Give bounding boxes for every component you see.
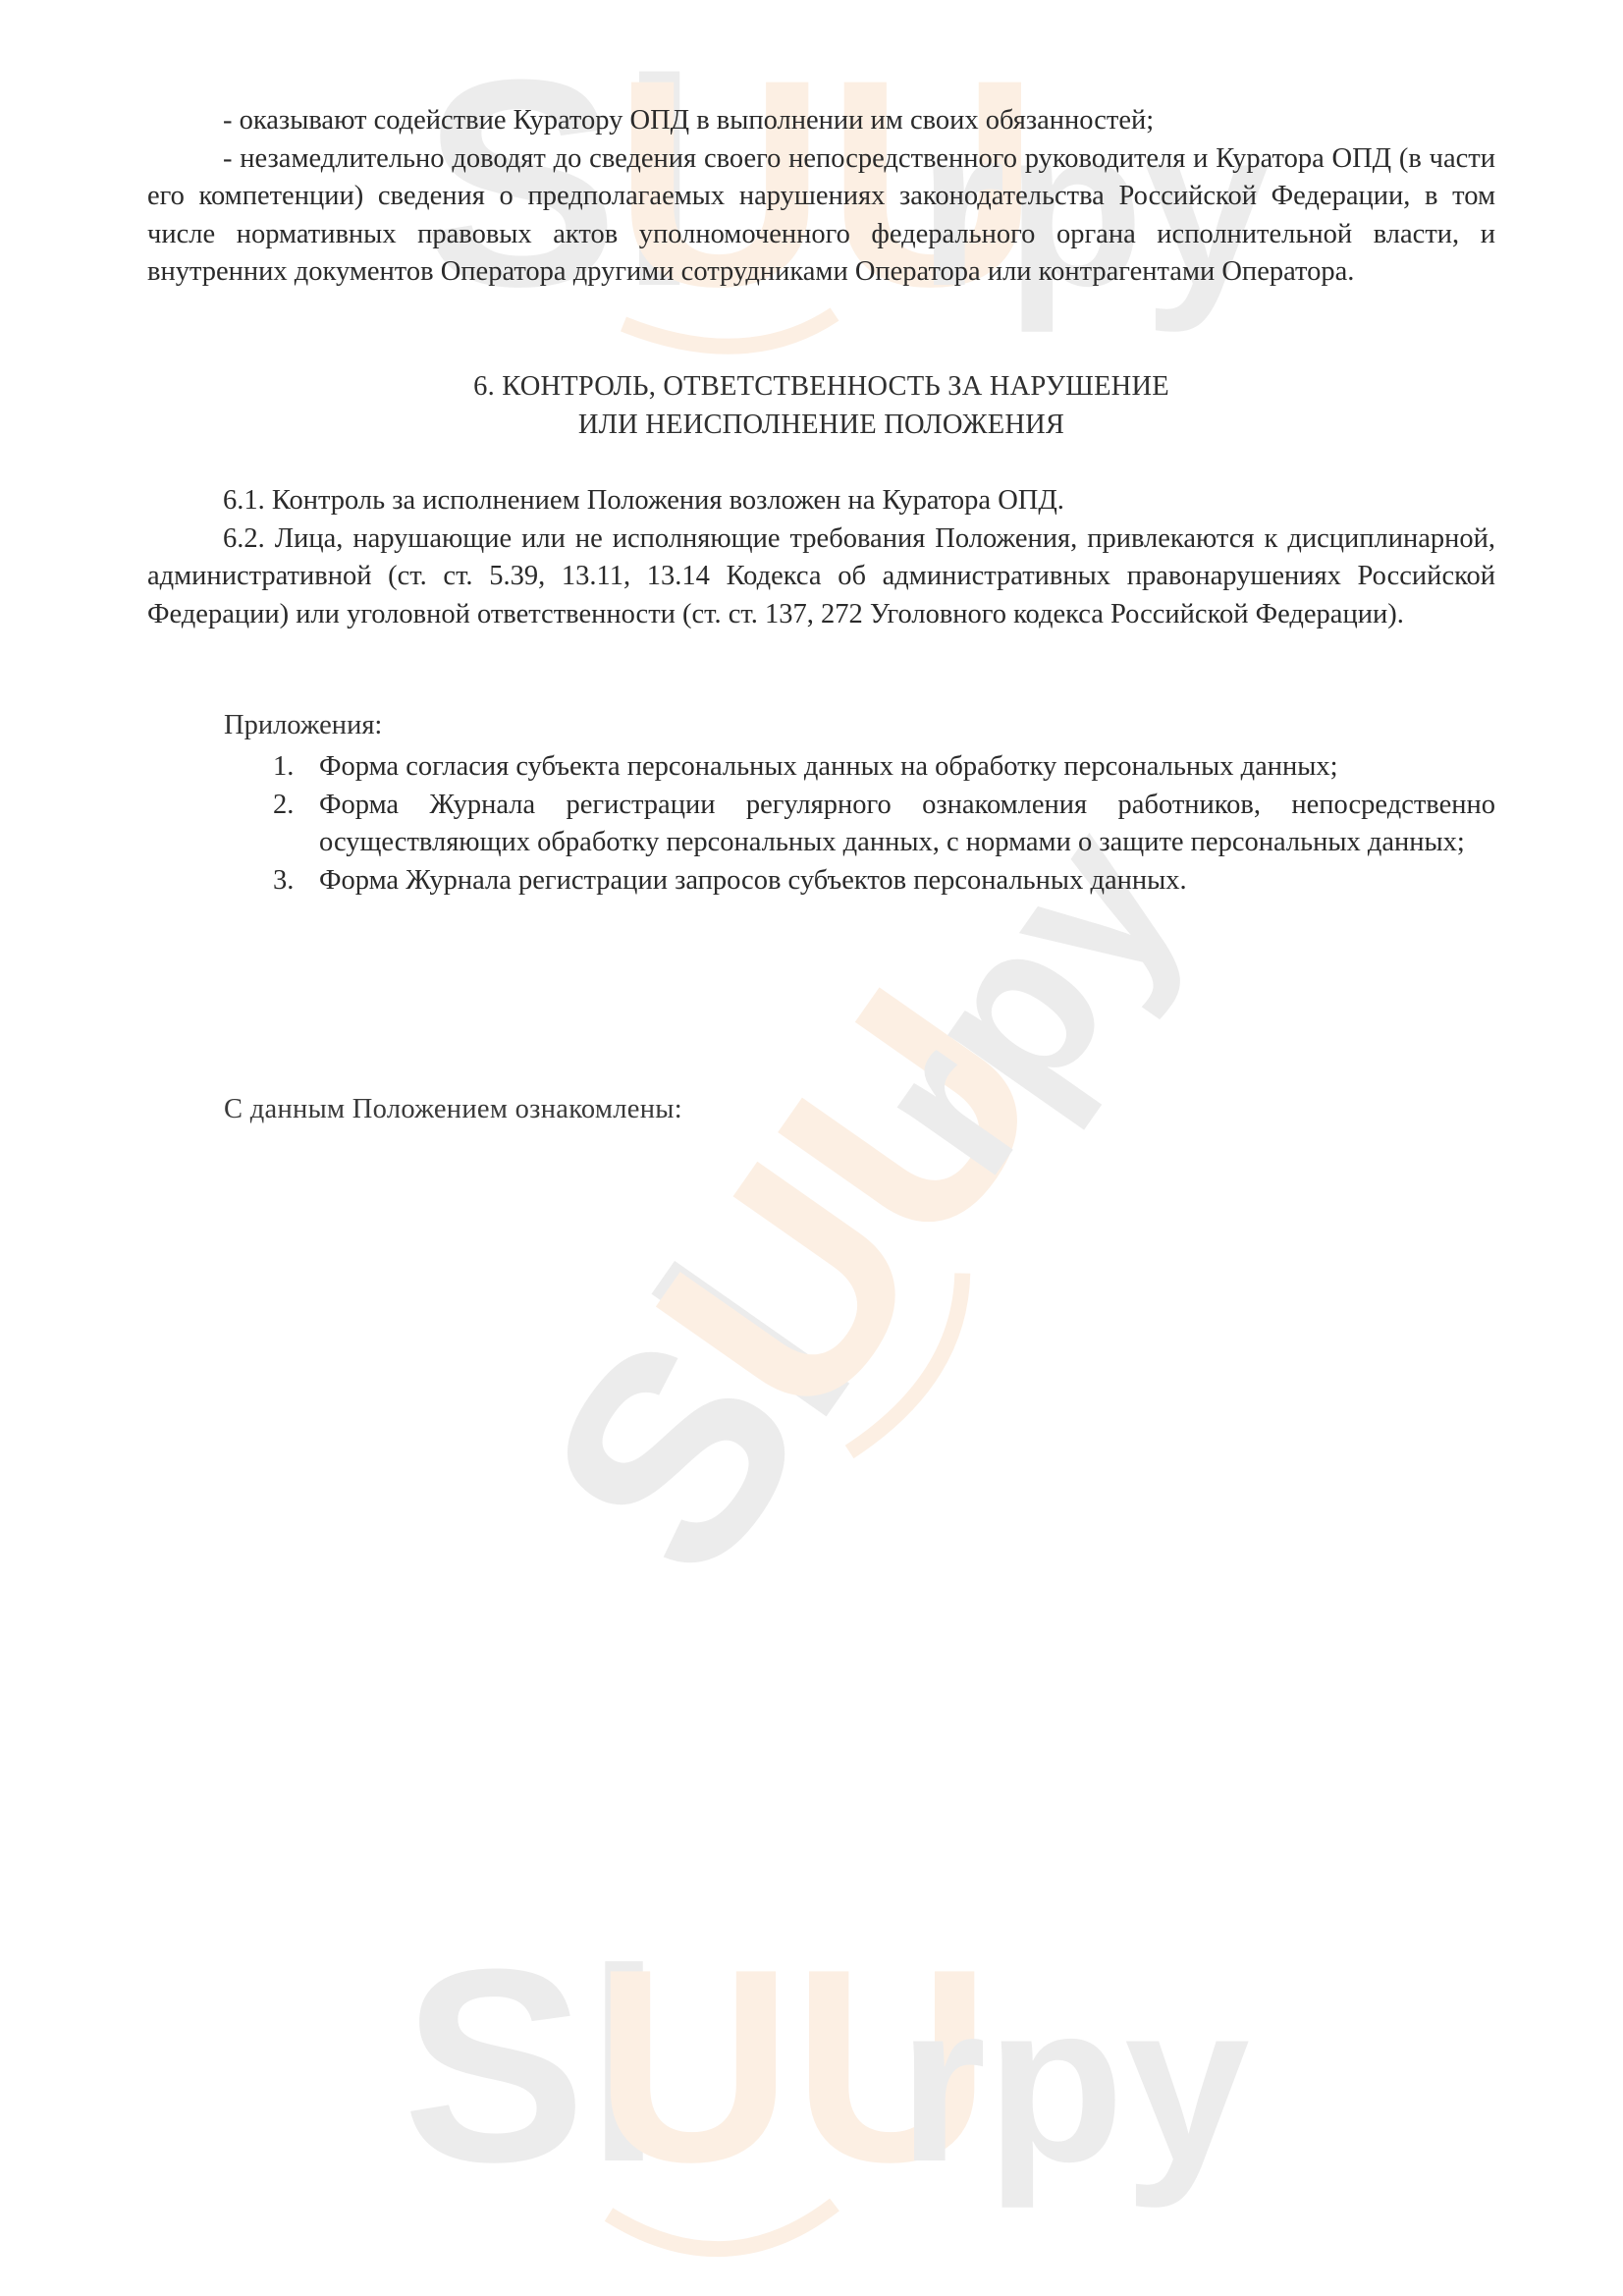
annex-number: 2.: [273, 787, 294, 825]
section-6-body: 6.1. Контроль за исполнением Положения в…: [147, 482, 1495, 633]
annex-text: Форма Журнала регистрации запросов субъе…: [319, 865, 1187, 896]
watermark-logo-rotated: Sl UU rpy: [501, 778, 1239, 1639]
obligations-continuation: - оказывают содействие Куратору ОПД в вы…: [147, 102, 1495, 292]
paragraph-report-violations: - незамедлительно доводят до сведения св…: [147, 140, 1495, 292]
paragraph-assist-curator: - оказывают содействие Куратору ОПД в вы…: [147, 102, 1495, 140]
section-6-heading-line2: ИЛИ НЕИСПОЛНЕНИЕ ПОЛОЖЕНИЯ: [147, 406, 1495, 444]
annex-item: 1. Форма согласия субъекта персональных …: [273, 748, 1495, 787]
watermark-logo-bottom: Sl UU rpy: [403, 1964, 1247, 2288]
svg-text:Sl: Sl: [403, 1913, 663, 2219]
clause-6-1: 6.1. Контроль за исполнением Положения в…: [147, 482, 1495, 520]
svg-text:UU: UU: [594, 1913, 991, 2219]
section-6-heading: 6. КОНТРОЛЬ, ОТВЕТСТВЕННОСТЬ ЗА НАРУШЕНИ…: [147, 367, 1495, 444]
annex-text: Форма согласия субъекта персональных дан…: [319, 751, 1338, 782]
annex-number: 1.: [273, 748, 294, 787]
annex-number: 3.: [273, 862, 294, 901]
annexes-list: 1. Форма согласия субъекта персональных …: [273, 748, 1495, 900]
document-page: Sl UU rpy Sl UU rpy Sl UU rpy: [0, 0, 1623, 2296]
annexes-title: Приложения:: [224, 707, 382, 745]
section-6-heading-line1: 6. КОНТРОЛЬ, ОТВЕТСТВЕННОСТЬ ЗА НАРУШЕНИ…: [147, 367, 1495, 406]
svg-text:Sl: Sl: [483, 1213, 913, 1630]
annex-text: Форма Журнала регистрации регулярного оз…: [319, 790, 1495, 858]
clause-6-2: 6.2. Лица, нарушающие или не исполняющие…: [147, 520, 1495, 634]
annex-item: 2. Форма Журнала регистрации регулярного…: [273, 787, 1495, 862]
acknowledgement-line: С данным Положением ознакомлены:: [224, 1091, 682, 1129]
annex-item: 3. Форма Журнала регистрации запросов су…: [273, 862, 1495, 901]
svg-text:UU: UU: [593, 936, 1108, 1474]
svg-text:rpy: rpy: [898, 1956, 1250, 2209]
